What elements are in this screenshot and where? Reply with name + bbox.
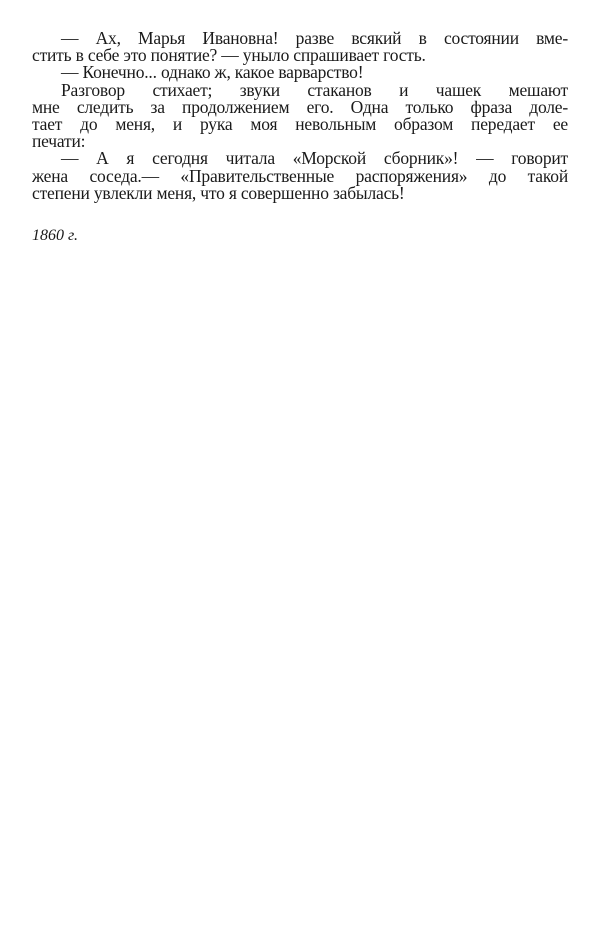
date-signature: 1860 г.: [32, 227, 78, 245]
document-page: — Ах, Марья Ивановна! разве всякий в сос…: [32, 30, 568, 202]
paragraph-dialogue-1: — Ах, Марья Ивановна! разве всякий в сос…: [32, 30, 568, 64]
paragraph-narration: Разговор стихает; звуки стаканов и чашек…: [32, 82, 568, 151]
text-line: тает до меня, и рука моя невольным образ…: [32, 116, 568, 133]
paragraph-dialogue-3: — А я сегодня читала «Морской сборник»! …: [32, 150, 568, 202]
text-line: степени увлекли меня, что я совершенно з…: [32, 185, 568, 202]
